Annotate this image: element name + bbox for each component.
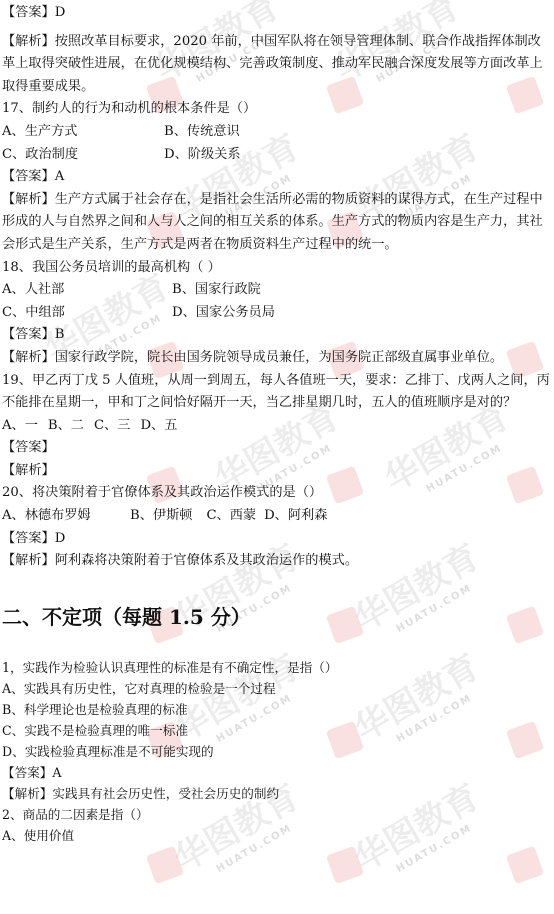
option-b: B、科学理论也是检验真理的标准: [2, 699, 554, 720]
option-d: D、实践检验真理标准是不可能实现的: [2, 741, 554, 762]
options-row: A、生产方式B、传统意识: [2, 121, 554, 144]
watermark-logo-icon: [146, 846, 184, 884]
option-b: B、二: [48, 415, 84, 438]
option-c: C、中组部: [2, 302, 172, 325]
option-d: D、国家公务员局: [172, 302, 275, 325]
option-c: C、西蒙: [206, 505, 256, 528]
option-a: A、生产方式: [2, 121, 164, 144]
options-row: A、人社部B、国家行政院: [2, 279, 554, 302]
analysis-q16: 【解析】按照改革目标要求，2020 年前，中国军队将在领导管理体制、联合作战指挥…: [2, 31, 554, 99]
option-c: C、政治制度: [2, 144, 164, 167]
option-d: D、五: [140, 415, 177, 438]
analysis-q17: 【解析】生产方式属于社会存在，是指社会生活所必需的物质资料的谋得方式，在生产过程…: [2, 189, 554, 257]
option-c: C、实践不是检验真理的唯一标准: [2, 720, 554, 741]
option-b: B、国家行政院: [172, 279, 261, 302]
watermark-logo-icon: [326, 846, 364, 884]
option-a: A、林德布罗姆: [2, 505, 130, 528]
analysis-q19: 【解析】: [2, 460, 554, 483]
analysis-q20: 【解析】阿利森将决策附着于官僚体系及其政治运作的模式。: [2, 550, 554, 573]
option-c: C、三: [94, 415, 130, 438]
option-a: A、一: [2, 415, 38, 438]
analysis-q18: 【解析】国家行政学院，院长由国务院领导成员兼任，为国务院正部级直属事业单位。: [2, 347, 554, 370]
options-row: C、政治制度D、阶级关系: [2, 144, 554, 167]
question-18: 18、我国公务员培训的最高机构（ ）: [2, 257, 554, 280]
options-row: A、一B、二C、三D、五: [2, 415, 554, 438]
question-s2-1: 1，实践作为检验认识真理性的标准是有不确定性，是指（）: [2, 657, 554, 678]
question-19: 19、甲乙丙丁戊 5 人值班，从周一到周五，每人各值班一天，要求：乙排丁、戊两人…: [2, 370, 554, 415]
document-body: 【答案】D 【解析】按照改革目标要求，2020 年前，中国军队将在领导管理体制、…: [0, 2, 554, 846]
answer-q20: 【答案】D: [2, 528, 554, 551]
question-20: 20、将决策附着于官僚体系及其政治运作模式的是（）: [2, 482, 554, 505]
options-row: C、中组部D、国家公务员局: [2, 302, 554, 325]
option-d: D、阿利森: [264, 505, 327, 528]
answer-q19: 【答案】: [2, 437, 554, 460]
analysis-s2-1: 【解析】实践具有社会历史性，受社会历史的制约: [2, 783, 554, 804]
answer-q17: 【答案】A: [2, 166, 554, 189]
option-a: A、实践具有历史性，它对真理的检验是一个过程: [2, 678, 554, 699]
option-d: D、阶级关系: [164, 144, 241, 167]
answer-q18: 【答案】B: [2, 324, 554, 347]
options-row: A、林德布罗姆B、伊斯顿C、西蒙D、阿利森: [2, 505, 554, 528]
option-b: B、伊斯顿: [130, 505, 192, 528]
option-a: A、人社部: [2, 279, 172, 302]
section-heading: 二、不定项（每题 1.5 分）: [2, 597, 554, 637]
option-a: A、使用价值: [2, 825, 554, 846]
option-b: B、传统意识: [164, 121, 240, 144]
watermark-logo-icon: [506, 846, 544, 884]
answer-q16: 【答案】D: [2, 2, 554, 25]
question-s2-2: 2、商品的二因素是指（）: [2, 804, 554, 825]
question-17: 17、制约人的行为和动机的根本条件是（）: [2, 98, 554, 121]
answer-s2-1: 【答案】A: [2, 762, 554, 783]
